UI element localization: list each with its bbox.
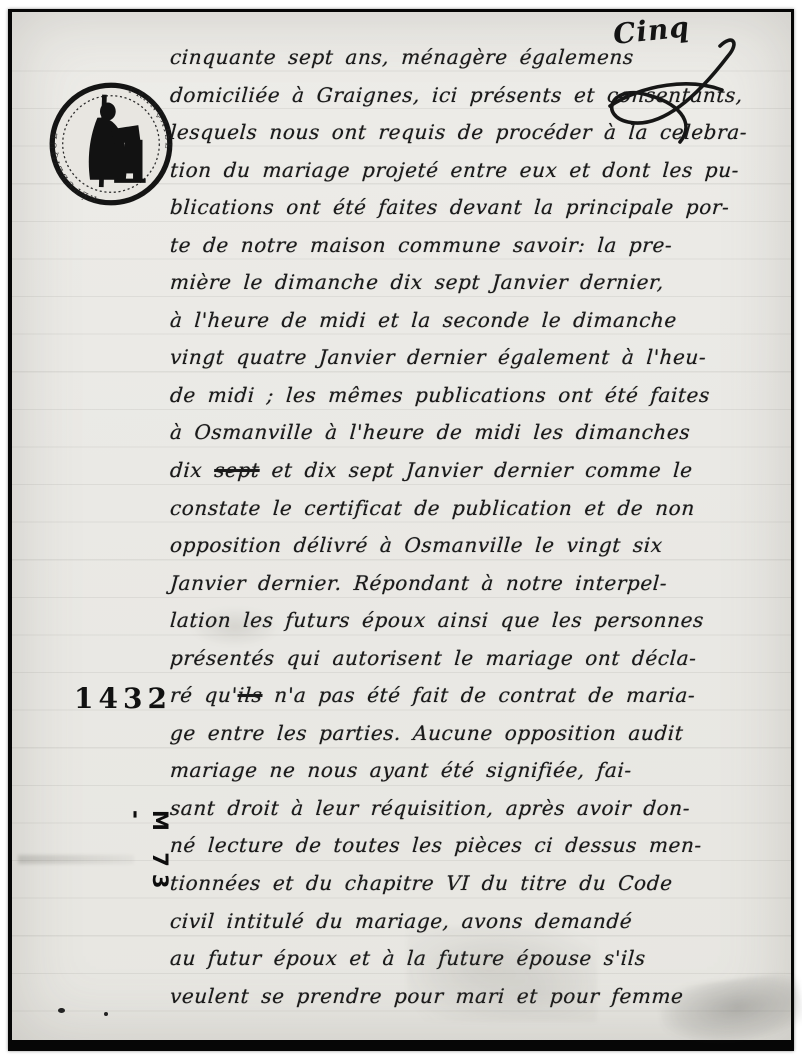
ink-streak	[18, 855, 134, 864]
line-text: lesquels nous ont requis de procéder à l…	[169, 120, 748, 144]
line-text: présentés qui autorisent le mariage ont …	[169, 646, 697, 670]
handwritten-line: né lecture de toutes les pièces ci dessu…	[169, 827, 784, 865]
line-text: à Osmanville à l'heure de midi les diman…	[169, 420, 691, 444]
ink-bleedthrough	[190, 607, 280, 647]
margin-act-number: 1432	[74, 682, 172, 715]
scanned-register-page: RÉPUBLIQUE FRANÇAISE Cinq 1432 M 73 - ci…	[8, 9, 794, 1051]
handwritten-line: te de notre maison commune savoir: la pr…	[169, 227, 784, 265]
handwritten-line: sant droit à leur réquisition, après avo…	[169, 790, 784, 828]
handwritten-line: vingt quatre Janvier dernier également à…	[169, 339, 784, 377]
line-text: te de notre maison commune savoir: la pr…	[169, 233, 673, 257]
handwritten-line: opposition délivré à Osmanville le vingt…	[169, 527, 784, 565]
ink-speck	[58, 1008, 65, 1013]
handwritten-line: ge entre les parties. Aucune opposition …	[169, 715, 784, 753]
line-text: né lecture de toutes les pièces ci dessu…	[169, 833, 703, 857]
line-text: ré qu'	[169, 683, 238, 707]
handwritten-line: de midi ; les mêmes publications ont été…	[169, 377, 784, 415]
handwritten-line: Janvier dernier. Répondant à notre inter…	[169, 565, 784, 603]
handwritten-line: mariage ne nous ayant été signifiée, fai…	[169, 752, 784, 790]
line-text: tionnées et du chapitre VI du titre du C…	[169, 871, 673, 895]
handwritten-line: ré qu'ils n'a pas été fait de contrat de…	[169, 677, 784, 715]
line-text: opposition délivré à Osmanville le vingt…	[169, 533, 663, 557]
handwritten-line: domiciliée à Graignes, ici présents et c…	[169, 77, 784, 115]
line-text: mariage ne nous ayant été signifiée, fai…	[169, 758, 632, 782]
line-text: cinquante sept ans, ménagère égalemens	[169, 45, 635, 69]
line-text: Janvier dernier. Répondant à notre inter…	[169, 571, 668, 595]
handwritten-line: constate le certificat de publication et…	[169, 490, 784, 528]
handwritten-text-block: cinquante sept ans, ménagère égalemensdo…	[170, 39, 782, 1015]
line-text: sant droit à leur réquisition, après avo…	[169, 796, 691, 820]
handwritten-line: tion du mariage projeté entre eux et don…	[169, 152, 784, 190]
line-text: blications ont été faites devant la prin…	[169, 195, 730, 219]
line-text: dix	[169, 458, 215, 482]
struck-word: sept	[213, 458, 260, 482]
handwritten-line: mière le dimanche dix sept Janvier derni…	[169, 264, 784, 302]
ink-bleedthrough	[407, 927, 597, 1022]
handwritten-line: à l'heure de midi et la seconde le diman…	[169, 302, 784, 340]
handwritten-line: tionnées et du chapitre VI du titre du C…	[169, 865, 784, 903]
line-text: ge entre les parties. Aucune opposition …	[169, 721, 684, 745]
line-text: domiciliée à Graignes, ici présents et c…	[169, 83, 744, 107]
republique-francaise-seal-stamp: RÉPUBLIQUE FRANÇAISE	[48, 81, 174, 207]
line-text: constate le certificat de publication et…	[169, 496, 696, 520]
ink-speck	[104, 1012, 108, 1016]
line-text: et dix sept Janvier dernier comme le	[259, 458, 694, 482]
line-text: mière le dimanche dix sept Janvier derni…	[169, 270, 665, 294]
handwritten-line: dix sept et dix sept Janvier dernier com…	[169, 452, 784, 490]
margin-vertical-stamp: M 73 -	[124, 810, 172, 922]
struck-word: ils	[237, 683, 264, 707]
line-text: à l'heure de midi et la seconde le diman…	[169, 308, 678, 332]
line-text: de midi ; les mêmes publications ont été…	[169, 383, 711, 407]
handwritten-line: blications ont été faites devant la prin…	[169, 189, 784, 227]
line-text: tion du mariage projeté entre eux et don…	[169, 158, 740, 182]
line-text: n'a pas été fait de contrat de maria-	[262, 683, 697, 707]
handwritten-line: lesquels nous ont requis de procéder à l…	[169, 114, 784, 152]
handwritten-line: cinquante sept ans, ménagère égalemens	[169, 39, 784, 77]
line-text: vingt quatre Janvier dernier également à…	[169, 345, 707, 369]
handwritten-line: à Osmanville à l'heure de midi les diman…	[169, 414, 784, 452]
